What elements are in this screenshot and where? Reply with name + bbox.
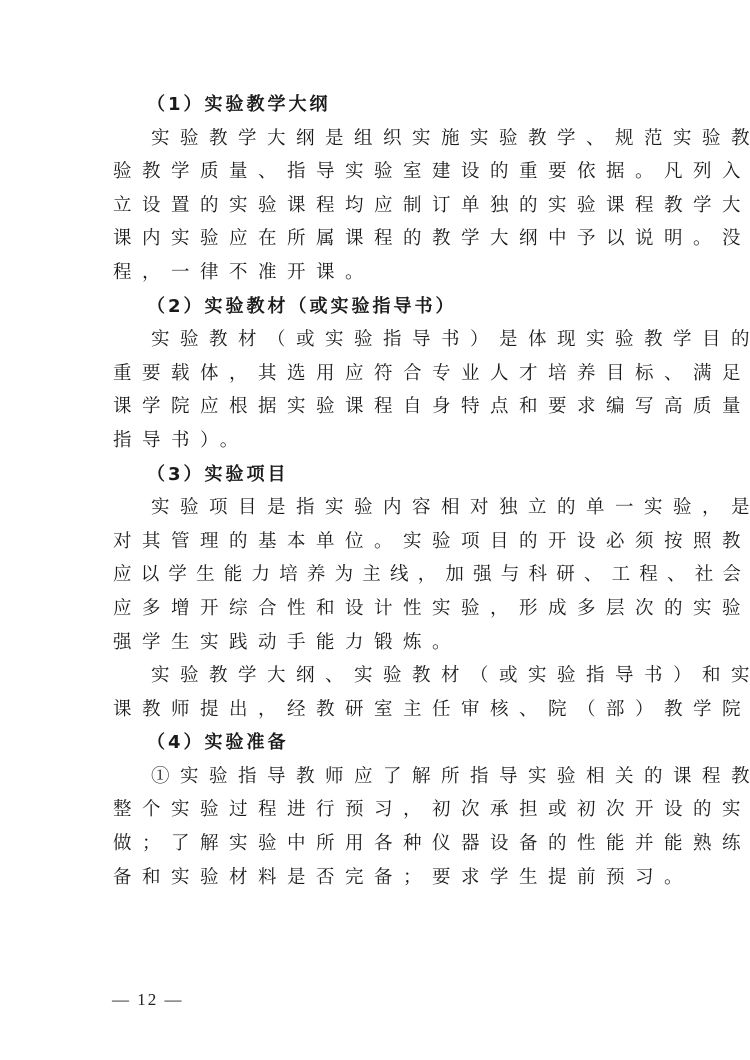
paragraph-line: 整个实验过程进行预习，初次承担或初次开设的实验项目还应进行预 bbox=[113, 793, 637, 827]
document-page: （1）实验教学大纲 实验教学大纲是组织实施实验教学、规范实验教学过程、检查实 验… bbox=[113, 88, 637, 894]
paragraph-line: 指导书）。 bbox=[113, 424, 637, 458]
paragraph-line: 课教师提出，经教研室主任审核、院（部）教学院长审批后执行。 bbox=[113, 693, 637, 727]
paragraph-line: 实验教材（或实验指导书）是体现实验教学目的、内容和方法的 bbox=[113, 323, 637, 357]
paragraph-line: 应多增开综合性和设计性实验，形成多层次的实验教学内容体系，加 bbox=[113, 592, 637, 626]
paragraph-line: 强学生实践动手能力锻炼。 bbox=[113, 626, 637, 660]
paragraph-line: 立设置的实验课程均应制订单独的实验课程教学大纲，非独立设置的 bbox=[113, 189, 637, 223]
section-heading: （4）实验准备 bbox=[113, 726, 637, 760]
section-heading: （1）实验教学大纲 bbox=[113, 88, 637, 122]
paragraph-line: 实验教学大纲、实验教材（或实验指导书）和实验项目安排由任 bbox=[113, 659, 637, 693]
paragraph-line: 备和实验材料是否完备；要求学生提前预习。 bbox=[113, 861, 637, 895]
paragraph-line: ①实验指导教师应了解所指导实验相关的课程教学大纲要求；对 bbox=[113, 760, 637, 794]
section-heading: （2）实验教材（或实验指导书） bbox=[113, 290, 637, 324]
paragraph-line: 课学院应根据实验课程自身特点和要求编写高质量的实验教材（实验 bbox=[113, 390, 637, 424]
paragraph-line: 做；了解实验中所用各种仪器设备的性能并能熟练使用；检查仪器设 bbox=[113, 827, 637, 861]
paragraph-line: 程，一律不准开课。 bbox=[113, 256, 637, 290]
paragraph-line: 对其管理的基本单位。实验项目的开设必须按照教学大纲要求进行， bbox=[113, 525, 637, 559]
page-number: — 12 — bbox=[112, 990, 184, 1010]
paragraph-line: 应以学生能力培养为主线，加强与科研、工程、社会应用实践的联系； bbox=[113, 558, 637, 592]
paragraph-line: 实验教学大纲是组织实施实验教学、规范实验教学过程、检查实 bbox=[113, 122, 637, 156]
paragraph-line: 课内实验应在所属课程的教学大纲中予以说明。没有教学大纲的课 bbox=[113, 222, 637, 256]
paragraph-line: 重要载体，其选用应符合专业人才培养目标、满足教学大纲要求。开 bbox=[113, 357, 637, 391]
paragraph-line: 验教学质量、指导实验室建设的重要依据。凡列入人才培养方案、独 bbox=[113, 155, 637, 189]
paragraph-line: 实验项目是指实验内容相对独立的单一实验，是进行实验教学并 bbox=[113, 491, 637, 525]
section-heading: （3）实验项目 bbox=[113, 458, 637, 492]
